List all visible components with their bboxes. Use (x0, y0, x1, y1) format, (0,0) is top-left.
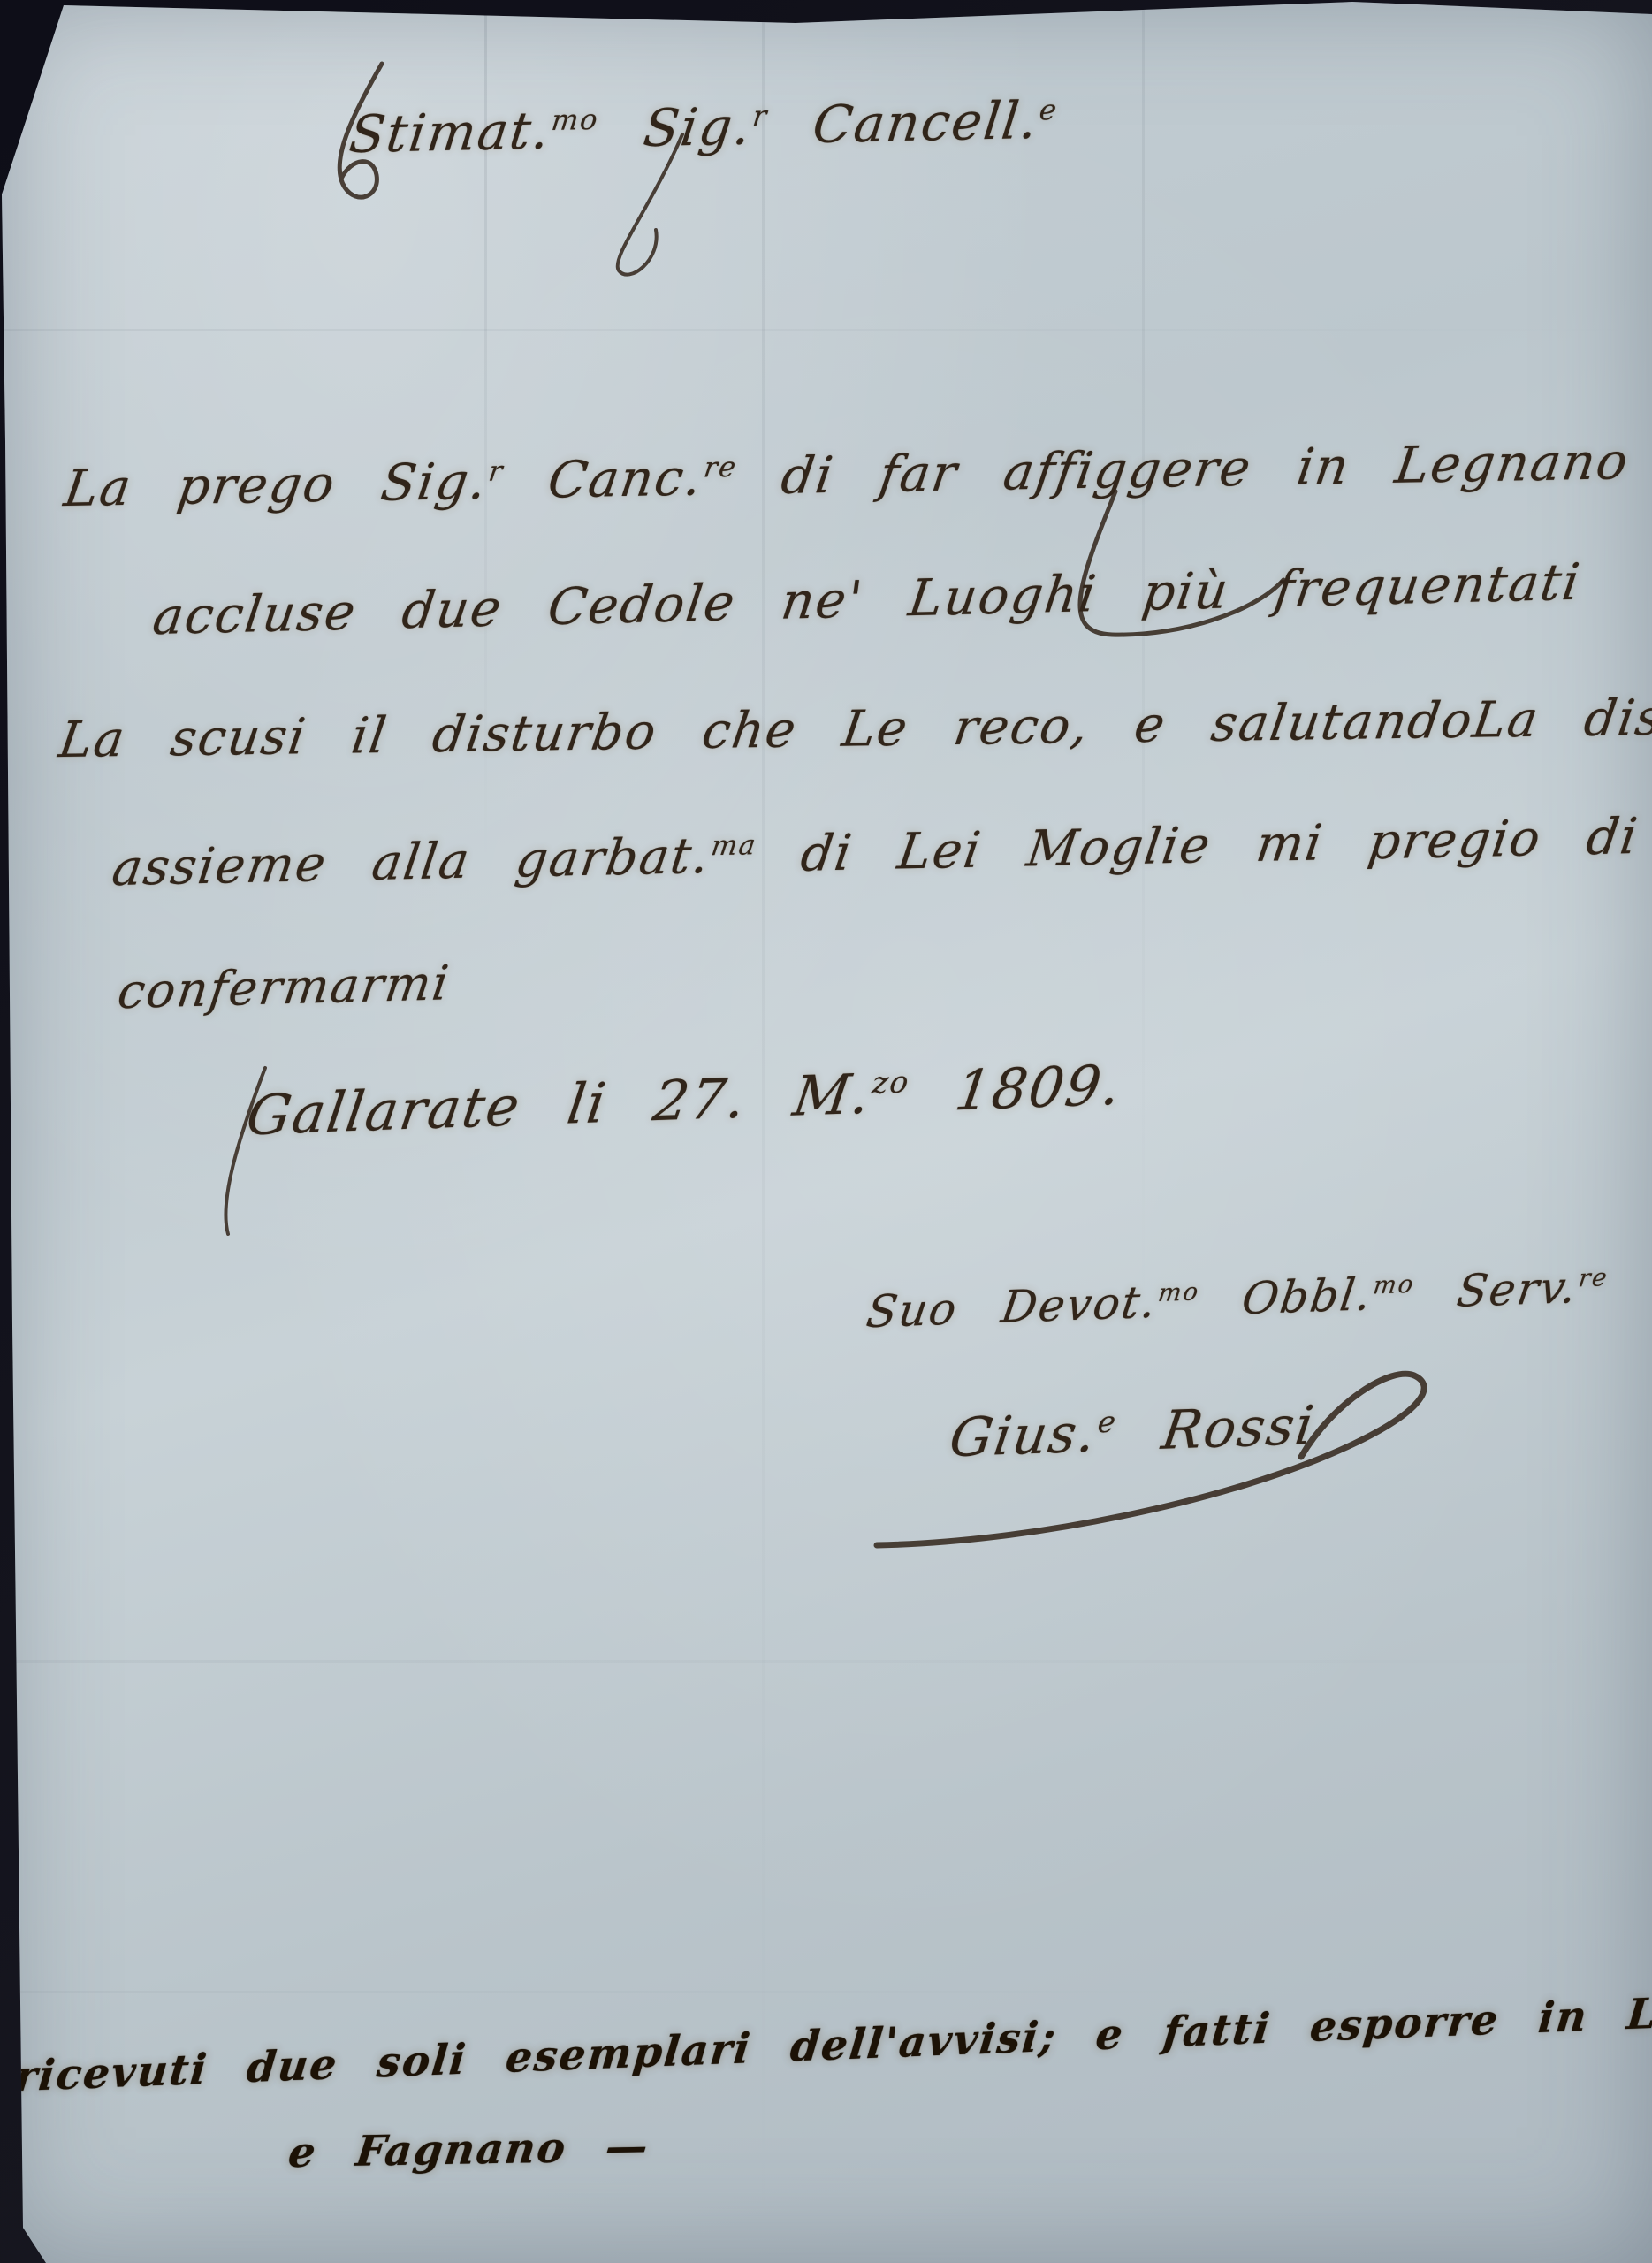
text-segment: di Lei Moglie mi pregio di (751, 808, 1641, 884)
body-line-5: confermarmi (115, 955, 453, 1019)
dateline: Gallarate li 27. M.zo 1809. (243, 1052, 1126, 1147)
photo-background: Stimat.mo Sig.r Cancell.e La prego Sig.r… (0, 0, 1652, 2263)
letter-paper: Stimat.mo Sig.r Cancell.e La prego Sig.r… (0, 0, 1652, 2263)
superscript-segment: mo (550, 103, 601, 137)
text-segment: Rossi (1111, 1395, 1319, 1464)
superscript-segment: zo (870, 1064, 912, 1101)
salutation-line: Stimat.mo Sig.r Cancell.e (346, 89, 1061, 164)
superscript-segment: mo (1372, 1270, 1417, 1300)
body-line-4: assieme alla garbat.ma di Lei Moglie mi … (109, 808, 1642, 897)
superscript-segment: re (702, 452, 740, 484)
annotation-line-2: e Fagnano — (285, 2122, 652, 2177)
body-line-3: La scusi il disturbo che Le reco, e salu… (56, 685, 1652, 769)
signature: Gius.e Rossi (946, 1395, 1319, 1470)
text-segment: Suo Devot. (864, 1276, 1161, 1338)
superscript-segment: re (1577, 1263, 1610, 1292)
body-line-1: La prego Sig.r Canc.re di far affiggere … (61, 429, 1652, 519)
paper-crease (0, 1991, 1237, 1993)
text-segment: Sig. (594, 95, 755, 159)
paper-crease (1142, 0, 1145, 1326)
text-segment: Gius. (946, 1402, 1100, 1469)
body-line-2: accluse due Cedole ne' Luoghi più freque… (149, 553, 1584, 647)
text-segment: La scusi il disturbo che Le reco, e salu… (56, 685, 1652, 769)
closing-line: Suo Devot.mo Obbl.mo Serv.re (864, 1261, 1611, 1338)
text-segment: Gallarate li 27. M. (243, 1061, 876, 1147)
paper-crease (0, 1660, 1652, 1663)
text-segment: accluse due Cedole ne' Luoghi più freque… (149, 553, 1584, 647)
text-segment: Stimat. (346, 100, 554, 164)
text-segment: 1809. (904, 1052, 1126, 1124)
superscript-segment: mo (1156, 1277, 1201, 1307)
text-segment: La prego Sig. (61, 453, 491, 519)
text-segment: Serv. (1410, 1261, 1581, 1319)
annotation-line-1: ricevuti due soli esemplari dell'avvisi;… (12, 1982, 1652, 2101)
paper-crease (762, 0, 765, 2263)
text-segment: assieme alla garbat. (109, 827, 714, 897)
paper-crease (0, 329, 1652, 331)
text-segment: ricevuti due soli esemplari dell'avvisi;… (12, 1982, 1652, 2101)
text-segment: Cancell. (764, 90, 1042, 156)
text-segment: e Fagnano — (285, 2122, 652, 2177)
text-segment: Canc. (499, 448, 707, 510)
superscript-segment: e (1038, 93, 1060, 127)
text-segment: confermarmi (115, 955, 453, 1019)
superscript-segment: ma (709, 829, 759, 862)
text-segment: Obbl. (1195, 1269, 1376, 1326)
text-segment: di far affiggere in Legnano le qui (732, 429, 1652, 507)
